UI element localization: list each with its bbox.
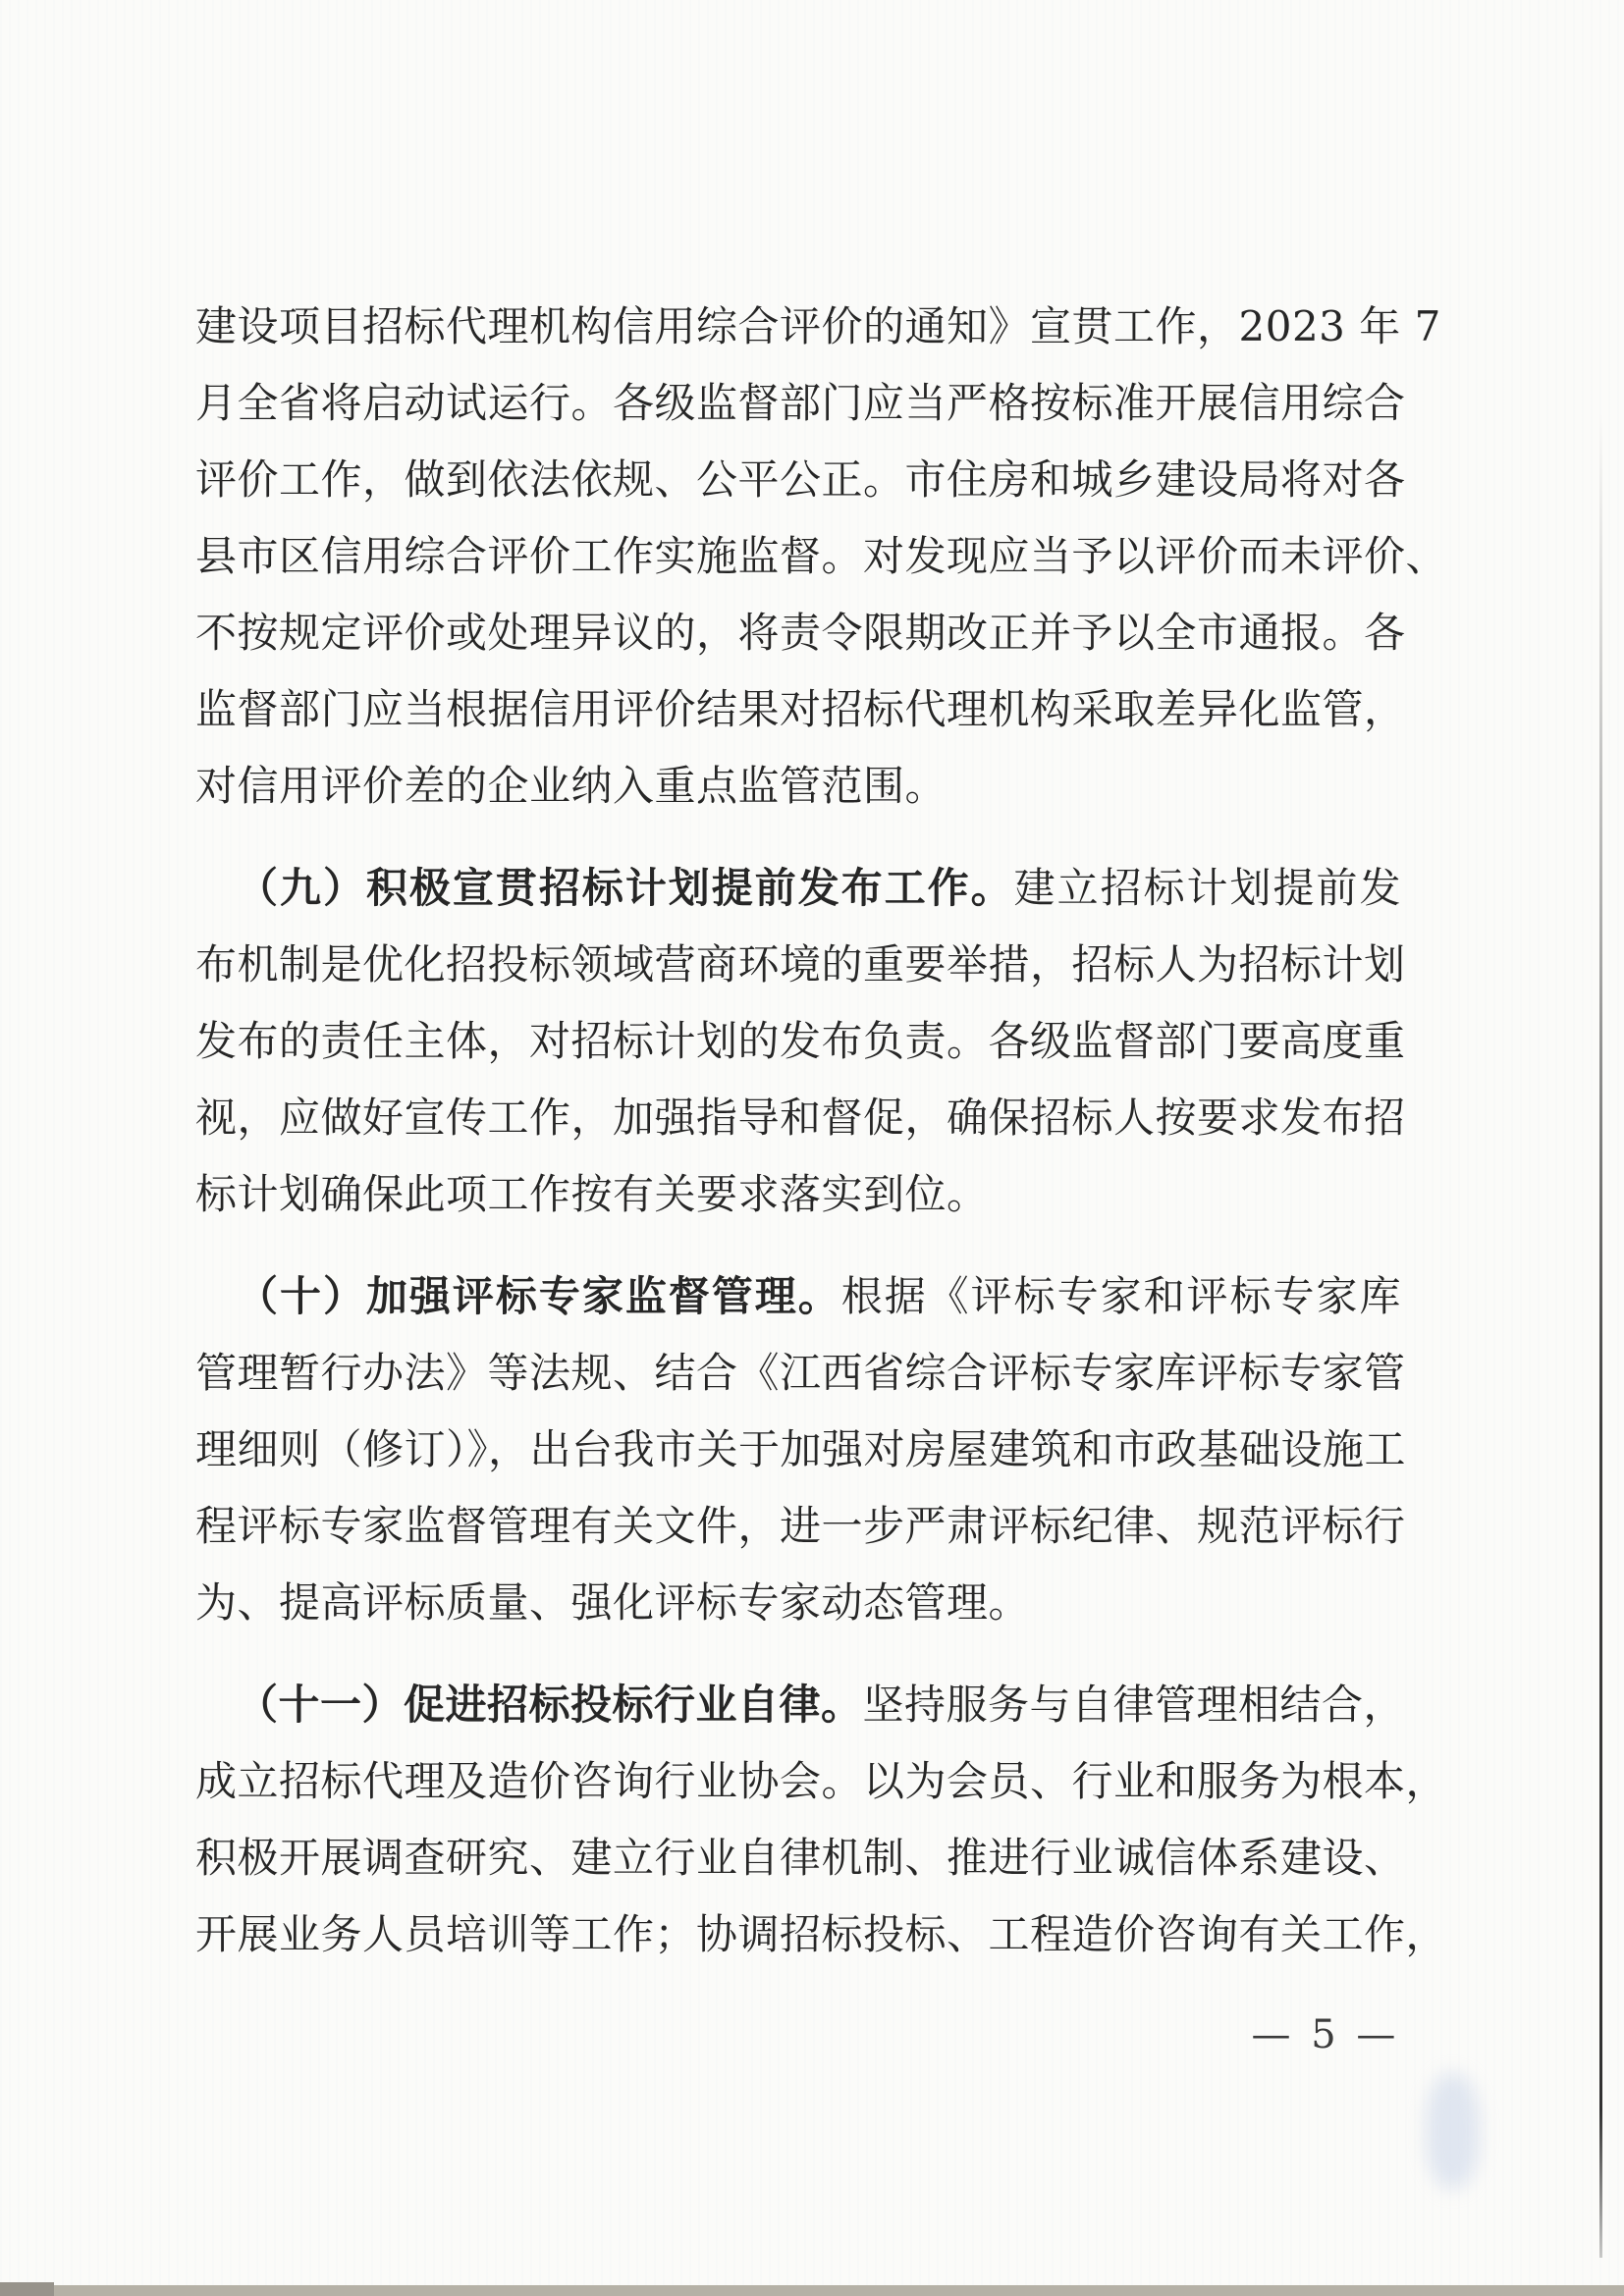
- text-line: （十）加强评标专家监督管理。根据《评标专家和评标专家库: [195, 1258, 1401, 1335]
- body-text: 积极开展调查研究、建立行业自律机制、推进行业诚信体系建设、: [195, 1834, 1406, 1882]
- text-line: 月全省将启动试运行。各级监督部门应当严格按标准开展信用综合: [195, 365, 1401, 442]
- body-text: 坚持服务与自律管理相结合，: [863, 1681, 1406, 1729]
- text-line: 程评标专家监督管理有关文件，进一步严肃评标纪律、规范评标行: [195, 1488, 1401, 1565]
- body-text: 视，应做好宣传工作，加强指导和督促，确保招标人按要求发布招: [195, 1094, 1406, 1142]
- text-line: 标计划确保此项工作按有关要求落实到位。: [195, 1156, 1401, 1233]
- text-block: 建设项目招标代理机构信用综合评价的通知》宣贯工作，2023 年 7月全省将启动试…: [195, 289, 1401, 1973]
- text-line: 发布的责任主体，对招标计划的发布负责。各级监督部门要高度重: [195, 1003, 1401, 1080]
- scan-bottom-edge-corner: [0, 2282, 54, 2296]
- body-text: 不按规定评价或处理异议的，将责令限期改正并予以全市通报。各: [195, 609, 1406, 657]
- heading-text: （十一）促进招标投标行业自律。: [237, 1681, 863, 1729]
- body-text: 布机制是优化招投标领域营商环境的重要举措，招标人为招标计划: [195, 940, 1406, 988]
- body-text: 评价工作，做到依法依规、公平公正。市住房和城乡建设局将对各: [195, 455, 1406, 504]
- text-line: 布机制是优化招投标领域营商环境的重要举措，招标人为招标计划: [195, 927, 1401, 1003]
- body-text: 为、提高评标质量、强化评标专家动态管理。: [195, 1578, 1030, 1627]
- text-line: （九）积极宣贯招标计划提前发布工作。建立招标计划提前发: [195, 850, 1401, 927]
- body-text: 发布的责任主体，对招标计划的发布负责。各级监督部门要高度重: [195, 1017, 1406, 1065]
- body-text: 建设项目招标代理机构信用综合评价的通知》宣贯工作，2023 年 7: [195, 302, 1441, 350]
- body-text: 对信用评价差的企业纳入重点监管范围。: [195, 762, 947, 810]
- body-text: 月全省将启动试运行。各级监督部门应当严格按标准开展信用综合: [195, 379, 1406, 427]
- text-line: 视，应做好宣传工作，加强指导和督促，确保招标人按要求发布招: [195, 1080, 1401, 1156]
- body-text: 标计划确保此项工作按有关要求落实到位。: [195, 1170, 989, 1218]
- body-text: 县市区信用综合评价工作实施监督。对发现应当予以评价而未评价、: [195, 532, 1447, 580]
- document-page: { "page": { "number_label": "— 5 —", "ba…: [0, 0, 1624, 2296]
- body-text: 程评标专家监督管理有关文件，进一步严肃评标纪律、规范评标行: [195, 1502, 1406, 1550]
- heading-text: （十）加强评标专家监督管理。: [237, 1272, 841, 1320]
- text-line: 开展业务人员培训等工作；协调招标投标、工程造价咨询有关工作，: [195, 1896, 1401, 1973]
- body-text: 监督部门应当根据信用评价结果对招标代理机构采取差异化监管，: [195, 685, 1406, 733]
- text-line: （十一）促进招标投标行业自律。坚持服务与自律管理相结合，: [195, 1667, 1401, 1743]
- scan-edge-shadow: [1599, 412, 1602, 2258]
- body-text: 开展业务人员培训等工作；协调招标投标、工程造价咨询有关工作，: [195, 1910, 1447, 1958]
- paper-smudge: [1426, 2073, 1480, 2189]
- text-line: 理细则（修订）》，出台我市关于加强对房屋建筑和市政基础设施工: [195, 1412, 1401, 1488]
- text-line: 管理暂行办法》等法规、结合《江西省综合评标专家库评标专家管: [195, 1335, 1401, 1412]
- body-text: 理细则（修订）》，出台我市关于加强对房屋建筑和市政基础设施工: [195, 1425, 1406, 1473]
- text-line: 县市区信用综合评价工作实施监督。对发现应当予以评价而未评价、: [195, 518, 1401, 595]
- text-line: 建设项目招标代理机构信用综合评价的通知》宣贯工作，2023 年 7: [195, 289, 1401, 365]
- text-line: 积极开展调查研究、建立行业自律机制、推进行业诚信体系建设、: [195, 1820, 1401, 1896]
- body-text: 管理暂行办法》等法规、结合《江西省综合评标专家库评标专家管: [195, 1349, 1406, 1397]
- scan-bottom-edge: [0, 2285, 1624, 2296]
- body-text: 建立招标计划提前发: [1014, 864, 1401, 912]
- body-text: 成立招标代理及造价咨询行业协会。以为会员、行业和服务为根本，: [195, 1757, 1447, 1805]
- heading-text: （九）积极宣贯招标计划提前发布工作。: [237, 864, 1014, 912]
- text-line: 成立招标代理及造价咨询行业协会。以为会员、行业和服务为根本，: [195, 1743, 1401, 1820]
- text-line: 为、提高评标质量、强化评标专家动态管理。: [195, 1565, 1401, 1641]
- text-line: 不按规定评价或处理异议的，将责令限期改正并予以全市通报。各: [195, 595, 1401, 671]
- text-line: 评价工作，做到依法依规、公平公正。市住房和城乡建设局将对各: [195, 442, 1401, 518]
- text-line: 监督部门应当根据信用评价结果对招标代理机构采取差异化监管，: [195, 671, 1401, 748]
- page-number: — 5 —: [1218, 2012, 1434, 2057]
- body-text: 根据《评标专家和评标专家库: [841, 1272, 1401, 1320]
- text-line: 对信用评价差的企业纳入重点监管范围。: [195, 748, 1401, 825]
